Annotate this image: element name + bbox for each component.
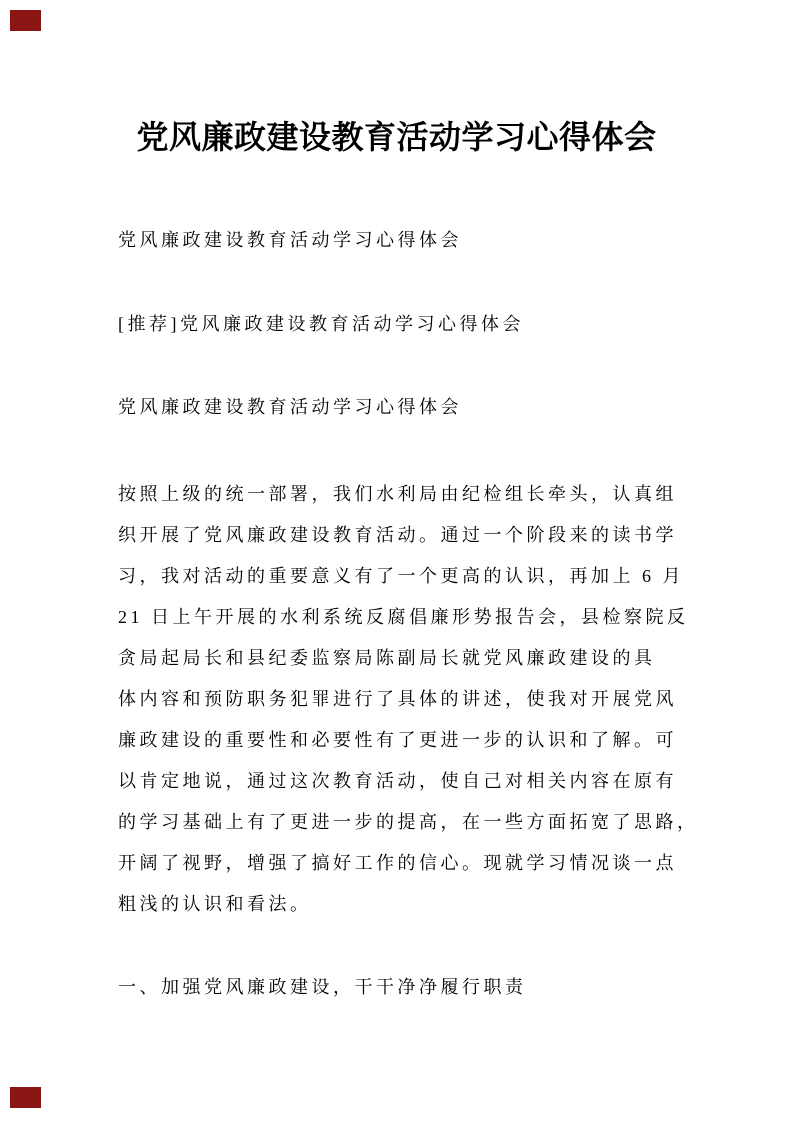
body-line: 体内容和预防职务犯罪进行了具体的讲述，使我对开展党风	[118, 679, 699, 720]
body-line: 贪局起局长和县纪委监察局陈副局长就党风廉政建设的具	[118, 638, 699, 679]
document-page: 党风廉政建设教育活动学习心得体会 党风廉政建设教育活动学习心得体会 [推荐]党风…	[0, 0, 793, 1122]
body-line: 以肯定地说，通过这次教育活动，使自己对相关内容在原有	[118, 761, 699, 802]
page-corner-marker-bottom	[10, 1087, 41, 1108]
body-line: 的学习基础上有了更进一步的提高，在一些方面拓宽了思路，	[118, 802, 699, 843]
doc-title: 党风廉政建设教育活动学习心得体会	[0, 116, 793, 158]
body-paragraph: 按照上级的统一部署，我们水利局由纪检组长牵头，认真组 织开展了党风廉政建设教育活…	[118, 474, 699, 925]
body-line: 粗浅的认识和看法。	[118, 884, 699, 925]
body-line: 廉政建设的重要性和必要性有了更进一步的认识和了解。可	[118, 720, 699, 761]
subtitle-line-1: 党风廉政建设教育活动学习心得体会	[118, 227, 462, 253]
subtitle-line-2: [推荐]党风廉政建设教育活动学习心得体会	[118, 311, 524, 337]
body-line: 织开展了党风廉政建设教育活动。通过一个阶段来的读书学	[118, 515, 699, 556]
subtitle-line-3: 党风廉政建设教育活动学习心得体会	[118, 394, 462, 420]
section-heading: 一、加强党风廉政建设，干干净净履行职责	[118, 974, 527, 1000]
body-line: 21 日上午开展的水利系统反腐倡廉形势报告会，县检察院反	[118, 597, 699, 638]
body-line: 开阔了视野，增强了搞好工作的信心。现就学习情况谈一点	[118, 843, 699, 884]
page-corner-marker-top	[10, 10, 41, 31]
body-line: 按照上级的统一部署，我们水利局由纪检组长牵头，认真组	[118, 474, 699, 515]
body-line: 习，我对活动的重要意义有了一个更高的认识，再加上 6 月	[118, 556, 699, 597]
